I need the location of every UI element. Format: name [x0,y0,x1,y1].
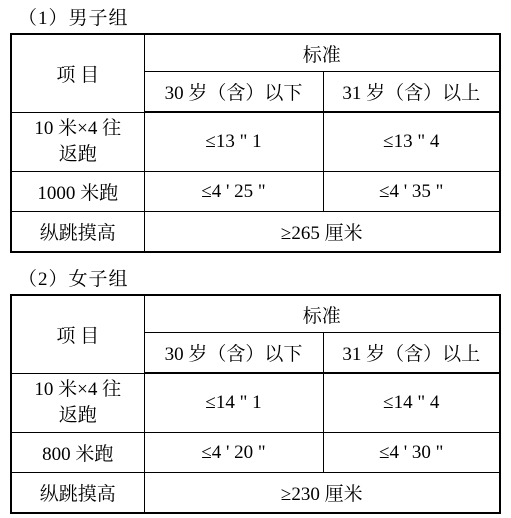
cell-vertical-jump-standard: ≥265 厘米 [144,212,500,253]
item-line-1: 10 米×4 往 [12,116,144,142]
cell-item-vertical-jump: 纵跳摸高 [11,473,144,514]
header-age-under-30: 30 岁（含）以下 [144,72,323,113]
cell-item-vertical-jump: 纵跳摸高 [11,212,144,253]
document-page: { "page": { "background": "#ffffff", "te… [0,0,511,518]
cell-800m-over-31: ≤4 ' 30 " [323,433,500,473]
header-standard: 标准 [144,34,500,72]
cell-shuttle-run-over-31: ≤14 " 4 [323,373,500,433]
cell-item-800m-run: 800 米跑 [11,433,144,473]
header-age-over-31: 31 岁（含）以上 [323,333,500,374]
cell-1000m-under-30: ≤4 ' 25 " [144,172,323,212]
table-row: 项 目 标准 [11,295,500,333]
table-row: 10 米×4 往 返跑 ≤14 " 1 ≤14 " 4 [11,373,500,433]
table-row: 纵跳摸高 ≥230 厘米 [11,473,500,514]
table-row: 800 米跑 ≤4 ' 20 " ≤4 ' 30 " [11,433,500,473]
womens-standards-table: 项 目 标准 30 岁（含）以下 31 岁（含）以上 10 米×4 往 返跑 ≤… [10,294,501,514]
page-container: （1）男子组 项 目 标准 30 岁（含）以下 31 岁（含）以上 10 米×4… [0,0,511,514]
section-title-womens-group: （2）女子组 [10,266,511,293]
cell-1000m-over-31: ≤4 ' 35 " [323,172,500,212]
table-row: 10 米×4 往 返跑 ≤13 " 1 ≤13 " 4 [11,112,500,172]
cell-vertical-jump-standard: ≥230 厘米 [144,473,500,514]
item-line-2: 返跑 [12,403,144,429]
cell-item-1000m-run: 1000 米跑 [11,172,144,212]
header-item: 项 目 [11,295,144,373]
mens-standards-table: 项 目 标准 30 岁（含）以下 31 岁（含）以上 10 米×4 往 返跑 ≤… [10,33,501,253]
cell-item-shuttle-run: 10 米×4 往 返跑 [11,373,144,433]
item-line-1: 10 米×4 往 [12,377,144,403]
header-age-over-31: 31 岁（含）以上 [323,72,500,113]
item-line-2: 返跑 [12,142,144,168]
cell-shuttle-run-under-30: ≤13 " 1 [144,112,323,172]
section-title-mens-group: （1）男子组 [10,5,511,32]
cell-shuttle-run-under-30: ≤14 " 1 [144,373,323,433]
cell-800m-under-30: ≤4 ' 20 " [144,433,323,473]
header-item: 项 目 [11,34,144,112]
table-row: 纵跳摸高 ≥265 厘米 [11,212,500,253]
table-row: 1000 米跑 ≤4 ' 25 " ≤4 ' 35 " [11,172,500,212]
cell-shuttle-run-over-31: ≤13 " 4 [323,112,500,172]
cell-item-shuttle-run: 10 米×4 往 返跑 [11,112,144,172]
table-row: 项 目 标准 [11,34,500,72]
header-age-under-30: 30 岁（含）以下 [144,333,323,374]
header-standard: 标准 [144,295,500,333]
